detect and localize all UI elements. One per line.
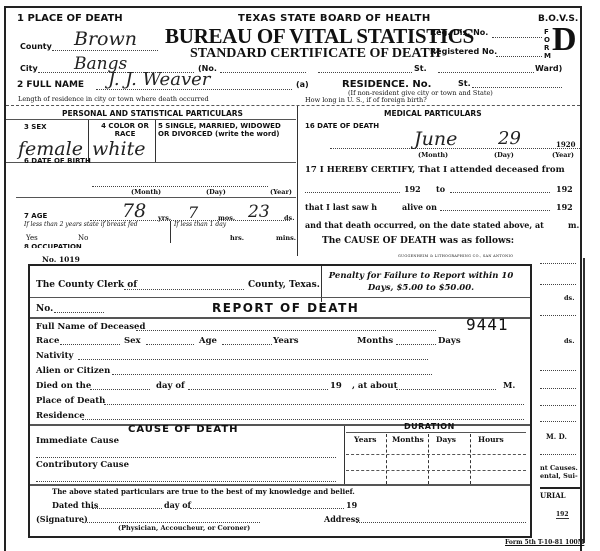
certify-to-label: to (436, 184, 445, 194)
county-field-line (52, 50, 158, 51)
street-line (318, 72, 412, 73)
report-months-line (396, 344, 436, 345)
form-footer: Form 5th T-10-81 100M (505, 539, 584, 546)
residence-line (472, 87, 562, 88)
registered-field (496, 56, 542, 57)
at-about-line (396, 389, 496, 390)
foreign-birth-label: How long in U. S., if of foreign birth? (305, 96, 427, 104)
dob-label: 6 DATE OF BIRTH (24, 157, 91, 165)
death-year-value: 1920 (556, 140, 575, 149)
certify-192-c: 192 (556, 202, 573, 212)
reg-dis-label: Reg. Dis. No. (430, 28, 488, 37)
personal-header: PERSONAL AND STATISTICAL PARTICULARS (62, 109, 243, 118)
at-about-label: , at about (352, 381, 398, 391)
report-no-label: No. (36, 304, 53, 314)
death-day-label: (Day) (494, 151, 514, 159)
race-label: Race (36, 336, 59, 346)
form-side-label: FORM (544, 28, 552, 60)
county-texas-label: County, Texas. (248, 280, 320, 290)
dated-month-line (190, 508, 344, 509)
report-residence-line (82, 419, 524, 420)
board-title: TEXAS STATE BOARD OF HEALTH (238, 13, 431, 24)
registration-number: 9441 (466, 315, 509, 334)
right-ds-label-2: ds. (564, 337, 574, 345)
day-of-label: day of (156, 381, 185, 391)
last-saw-label: that I last saw h (305, 202, 377, 212)
mins-label: mins. (276, 234, 296, 242)
cause-of-death-label: The CAUSE OF DEATH was as follows: (322, 236, 514, 246)
ward-label: Ward) (535, 64, 562, 73)
death-occurred-m: m. (568, 220, 579, 230)
report-residence-label: Residence (36, 411, 85, 421)
nativity-line (78, 359, 428, 360)
county-clerk-label: The County Clerk of (36, 280, 137, 290)
address-line (356, 522, 526, 523)
full-name-value: J. J. Weaver (108, 69, 210, 90)
registered-label: Registered No. (430, 47, 497, 56)
nativity-label: Nativity (36, 351, 73, 361)
right-ds-label-1: ds. (564, 294, 574, 302)
certificate-title: STANDARD CERTIFICATE OF DEATH (190, 46, 441, 62)
alien-citizen-label: Alien or Citizen (36, 366, 110, 376)
report-days-label: Days (438, 336, 461, 346)
dob-month-label: (Month) (131, 188, 161, 196)
color-value: white (92, 138, 145, 160)
death-occurred-label: and that death occurred, on the date sta… (305, 220, 544, 230)
a-label: (a) (296, 80, 309, 89)
dated-19-label: 19 (346, 500, 357, 510)
immediate-cause-label: Immediate Cause (36, 436, 119, 446)
attest-text: The above stated particulars are true to… (52, 487, 355, 496)
breast-fed-note: If less than 2 years state if breast fed (24, 221, 138, 228)
death-day-value: 29 (498, 128, 521, 149)
dated-day-line (92, 508, 162, 509)
alive-on-line (440, 210, 550, 211)
report-age-line (222, 344, 272, 345)
certify-to-line (450, 192, 550, 193)
report-months-label: Months (357, 336, 393, 346)
full-name-deceased-line (136, 330, 436, 331)
right-line-7 (540, 421, 576, 422)
duration-header: DURATION (404, 422, 455, 431)
hrs-label: hrs. (230, 234, 244, 242)
age-months-value: 7 (188, 203, 198, 222)
certify-192-b: 192 (556, 184, 573, 194)
duration-years-header: Years (354, 435, 377, 444)
time-m-label: M. (503, 381, 515, 391)
report-sex-label: Sex (124, 336, 141, 346)
occupation-label: 8 OCCUPATION (24, 243, 82, 248)
death-year-label: (Year) (552, 151, 574, 159)
signature-label: (Signature) (36, 514, 88, 524)
dob-day-label: (Day) (206, 188, 226, 196)
ward-line (438, 72, 534, 73)
place-of-death-label: 1 PLACE OF DEATH (17, 13, 123, 24)
certify-from-line (305, 192, 400, 193)
report-years-label: Years (273, 336, 299, 346)
printer-line: GUGGENHEIM & LITHOGRAPHING CO., SAN ANTO… (398, 254, 513, 258)
right-line-1 (540, 263, 576, 264)
length-residence-label: Length of residence in city or town wher… (18, 95, 209, 103)
race-line (60, 344, 120, 345)
address-label: Address (324, 514, 360, 524)
certify-label: 17 I HEREBY CERTIFY, That I attended dec… (305, 165, 565, 175)
age-ds-unit: ds. (284, 214, 294, 222)
less-than-day-note: If less than 1 day (174, 221, 226, 228)
immediate-cause-line (36, 457, 336, 458)
date-of-death-label: 16 DATE OF DEATH (305, 122, 379, 130)
right-line-6 (540, 405, 576, 406)
alive-on-label: alive on (402, 202, 437, 212)
death-month-value: June (414, 128, 457, 150)
report-no-line (54, 312, 104, 313)
age-days-value: 23 (248, 202, 270, 222)
right-burial-label: URIAL (540, 491, 566, 500)
duration-hours-header: Hours (478, 435, 504, 444)
right-line-3 (540, 315, 576, 316)
report-title: REPORT OF DEATH (212, 301, 359, 315)
reg-dis-field (492, 37, 542, 38)
right-md-label: M. D. (546, 432, 567, 441)
county-label: County (20, 42, 52, 51)
right-line-8 (540, 454, 576, 455)
st-label: St. (414, 64, 427, 73)
color-label: 4 COLOR OR RACE (95, 122, 155, 138)
right-line-5 (540, 388, 576, 389)
right-line-4 (540, 370, 576, 371)
street-no-line (220, 72, 306, 73)
breast-fed-yes-label: Yes (26, 234, 38, 242)
age-label: 7 AGE (24, 212, 47, 220)
form-letter: D (552, 22, 577, 58)
signature-line (82, 522, 260, 523)
alien-citizen-line (112, 374, 432, 375)
right-192-label: 192 (556, 511, 569, 519)
dated-day-of-label: day of (164, 500, 191, 510)
signature-note: (Physician, Accoucheur, or Coroner) (118, 524, 250, 532)
report-place-of-death-label: Place of Death (36, 396, 105, 406)
right-line-2 (540, 284, 576, 285)
dob-line (92, 186, 268, 187)
report-place-of-death-line (104, 404, 524, 405)
duration-months-header: Months (392, 435, 424, 444)
penalty-text: Penalty for Failure to Report within 10 … (326, 270, 516, 294)
month-line (188, 389, 328, 390)
breast-fed-no-label: No (78, 234, 88, 242)
report-age-label: Age (199, 336, 217, 346)
residence-st-label: St. (458, 79, 471, 88)
city-label: City (20, 64, 38, 73)
medical-header: MEDICAL PARTICULARS (384, 109, 482, 118)
county-clerk-line (124, 289, 244, 290)
age-years-value: 78 (122, 200, 146, 222)
contributory-cause-label: Contributory Cause (36, 460, 129, 470)
duration-days-header: Days (436, 435, 456, 444)
full-name-deceased-label: Full Name of Deceased (36, 322, 145, 332)
right-causes-label: nt Causes. (540, 464, 578, 472)
right-rule (540, 487, 580, 489)
death-month-label: (Month) (418, 151, 448, 159)
contributory-cause-line (36, 481, 336, 482)
report-number: No. 1019 (42, 255, 80, 264)
dob-year-label: (Year) (270, 188, 292, 196)
year-prefix: 19 (330, 381, 342, 391)
full-name-label: 2 FULL NAME (17, 80, 84, 90)
certify-192-a: 192 (404, 184, 421, 194)
county-value: Brown (74, 28, 137, 50)
marital-label: 5 SINGLE, MARRIED, WIDOWED OR DIVORCED (… (158, 122, 294, 138)
died-on-line (90, 389, 150, 390)
sex-label: 3 SEX (24, 123, 47, 131)
right-accidental-label: ental, Sui- (540, 472, 578, 480)
cause-of-death-header: CAUSE OF DEATH (128, 424, 239, 435)
report-sex-line (146, 344, 194, 345)
died-on-label: Died on the (36, 381, 91, 391)
